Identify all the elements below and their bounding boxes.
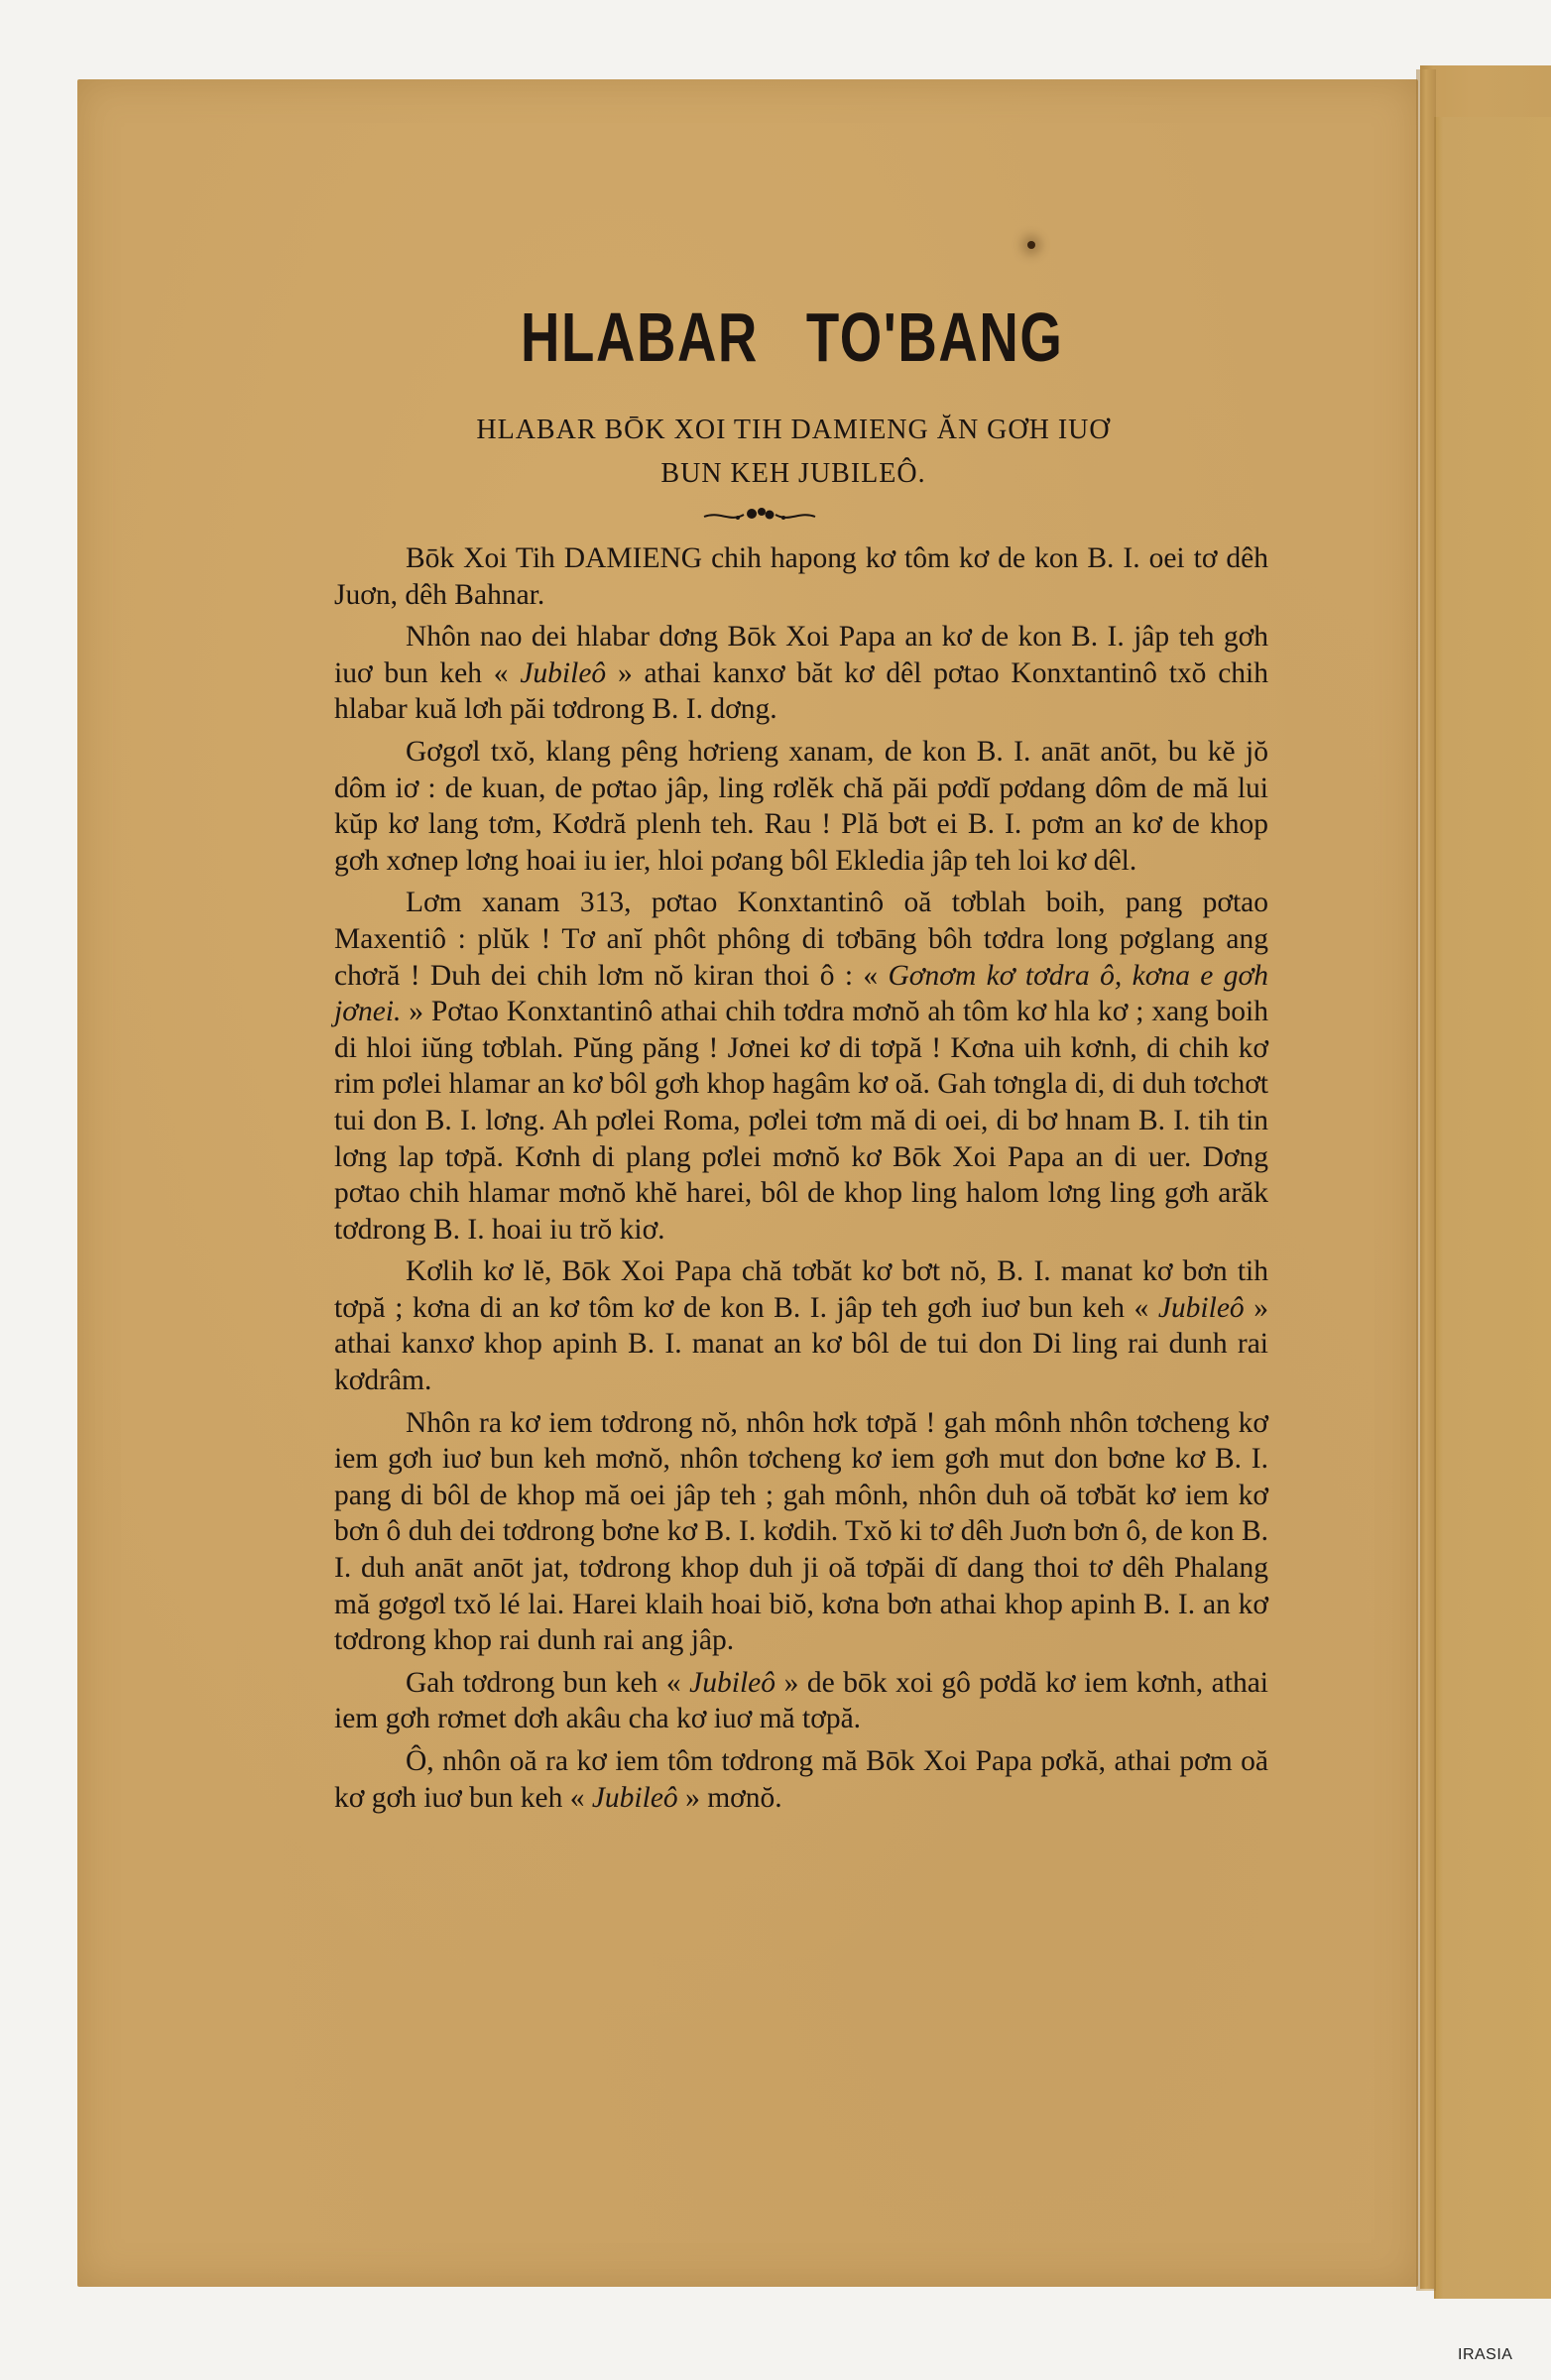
- document-title: HLABAR TO'BANG: [187, 297, 1397, 377]
- paragraph: Gah tơdrong bun keh « Jubileô » de bōk x…: [334, 1665, 1268, 1737]
- fleuron-ornament-icon: [700, 503, 819, 525]
- subtitle-line-1: HLABAR BŌK XOI TIH DAMIENG ĂN GƠH IUƠ: [298, 415, 1289, 446]
- paragraph: Nhôn ra kơ iem tơdrong nŏ, nhôn hơk tơpă…: [334, 1405, 1268, 1659]
- back-leaf-inner: [1434, 117, 1551, 2299]
- ink-spot: [1027, 241, 1035, 249]
- paragraph: Ô, nhôn oă ra kơ iem tôm tơdrong mă Bōk …: [334, 1743, 1268, 1816]
- italic-term: Jubileô: [592, 1782, 678, 1814]
- paragraph: Bōk Xoi Tih DAMIENG chih hapong kơ tôm k…: [334, 540, 1268, 613]
- italic-term: Jubileô: [1158, 1292, 1245, 1324]
- page-fold: [1416, 69, 1436, 2291]
- paragraph: Kơlih kơ lĕ, Bōk Xoi Papa chă tơbăt kơ b…: [334, 1253, 1268, 1398]
- paragraph: Lơm xanam 313, pơtao Konxtantinô oă tơbl…: [334, 885, 1268, 1248]
- irasia-watermark: IRASIA: [1458, 2346, 1512, 2364]
- paragraph: Nhôn nao dei hlabar dơng Bōk Xoi Papa an…: [334, 619, 1268, 728]
- document-body: Bōk Xoi Tih DAMIENG chih hapong kơ tôm k…: [334, 540, 1268, 1822]
- italic-term: Jubileô: [520, 657, 606, 689]
- subtitle-line-2: BUN KEH JUBILEÔ.: [298, 458, 1289, 490]
- italic-term: Jubileô: [689, 1667, 775, 1699]
- paragraph: Gơgơl txŏ, klang pêng hơrieng xanam, de …: [334, 734, 1268, 879]
- italic-term: Gơnơm kơ tơdra ô, kơna e gơh jơnei.: [334, 960, 1268, 1028]
